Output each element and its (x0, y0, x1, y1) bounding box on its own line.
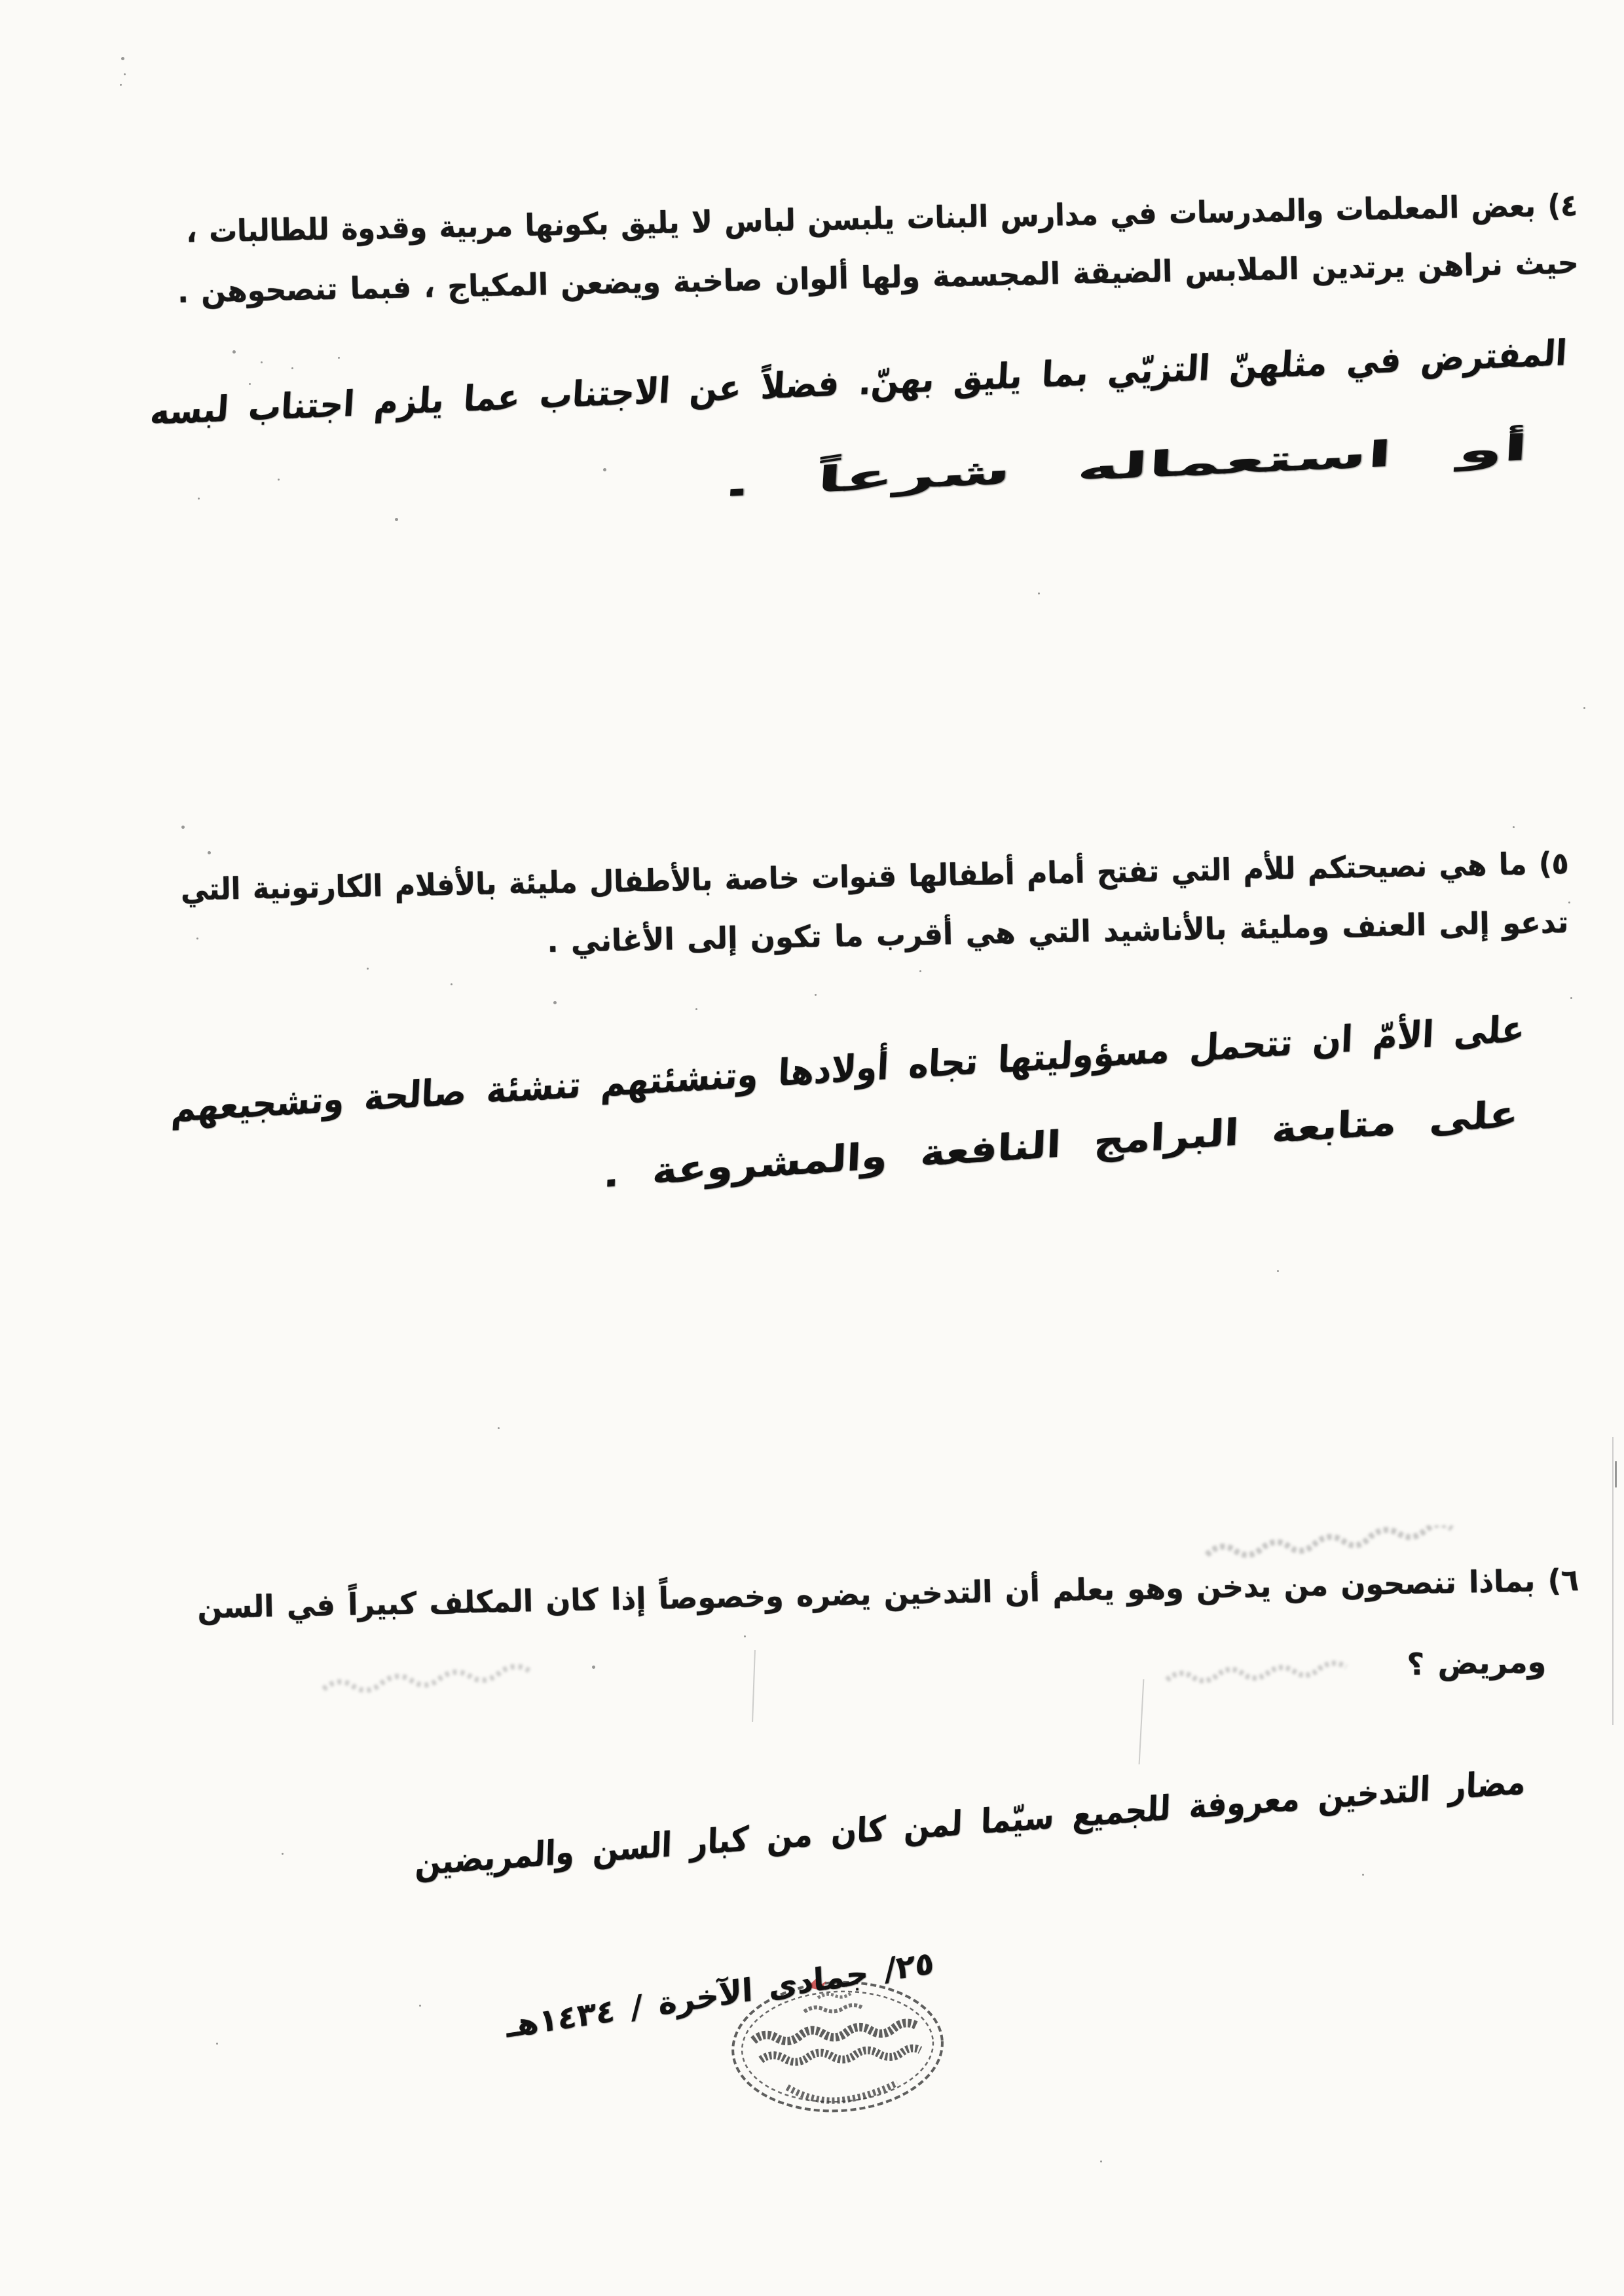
scan-scratch-mark-2 (1139, 1679, 1145, 1764)
question-4-line-1: ٤) بعض المعلمات والمدرسات في مدارس البنا… (185, 187, 1578, 251)
scan-edge-artifact-line (1612, 1437, 1614, 1725)
scan-edge-artifact-dash (1615, 1461, 1617, 1487)
answer-6-line-1: مضار التدخين معروفة للجميع سيّما لمن كان… (415, 1761, 1526, 1886)
answer-4-line-1: المفترض في مثلهنّ التزيّي بما يليق بهنّ.… (149, 331, 1568, 434)
question-6-line-1: ٦) بماذا تنصحون من يدخن وهو يعلم أن التد… (196, 1561, 1579, 1627)
ghost-ink-marks-2 (1159, 1655, 1382, 1697)
question-4-line-2: حيث نراهن يرتدين الملابس الضيقة المجسمة … (177, 244, 1579, 311)
answer-5-line-2: على متابعة البرامج النافعة والمشروعة . (602, 1091, 1519, 1198)
question-6-line-2: ومريض ؟ (1407, 1643, 1546, 1684)
answer-4-line-2: أو استعماله شرعاً . (722, 426, 1529, 507)
question-5-line-1: ٥) ما هي نصيحتكم للأم التي تفتح أمام أطف… (180, 845, 1569, 909)
scan-scratch-mark-1 (752, 1650, 756, 1722)
scanned-questionnaire-page: ٤) بعض المعلمات والمدرسات في مدارس البنا… (0, 0, 1624, 2296)
question-5-line-2: تدعو إلى العنف ومليئة بالأناشيد التي هي … (547, 903, 1569, 960)
ghost-ink-marks-3 (314, 1662, 576, 1707)
scan-noise-specks (0, 0, 2, 2)
